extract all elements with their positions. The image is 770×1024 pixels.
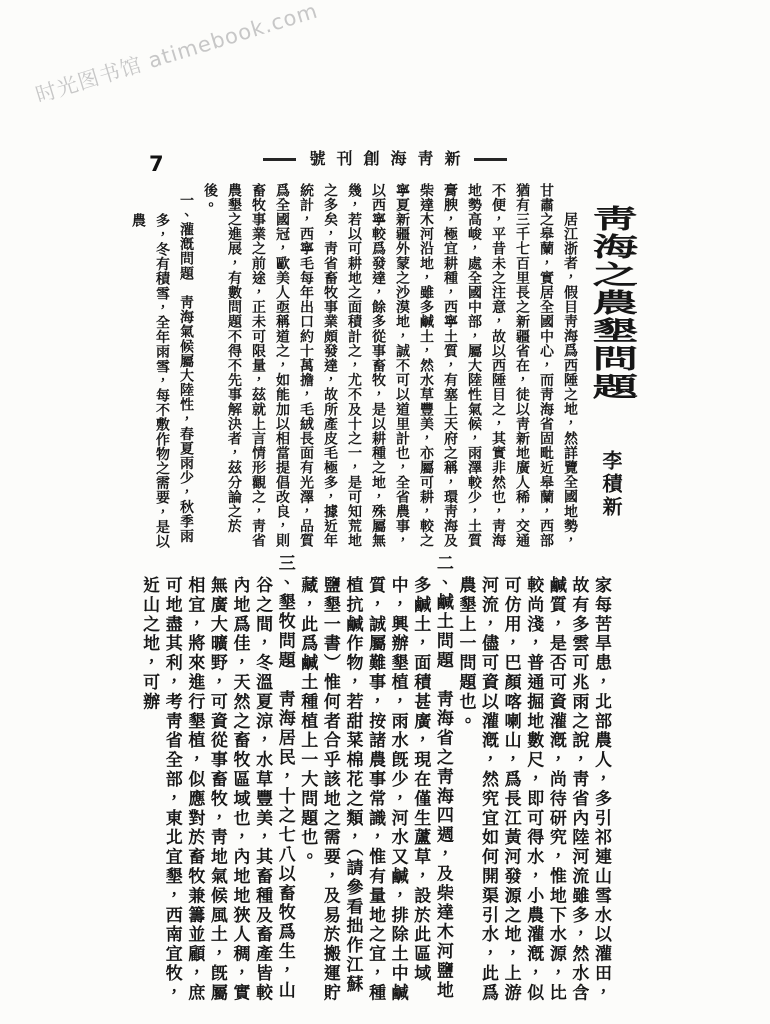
section-irrigation-start: 一、灌漑問題 靑海氣候屬大陸性，春夏雨少，秋季雨多，冬有積雪，全年雨雪，每不敷作… [126,183,198,549]
section-irrigation-continued: 家每苦旱患，北部農人，多引祁連山雪水以灌田，故有多雲可兆雨之說，靑省內陸河流雖多… [454,554,612,1012]
section-saline-soil: 二、鹹土問題 靑海省之靑海四週，及柴達木河鹽地多鹹土，面積甚廣，現在僅生蘆草，設… [296,554,454,1012]
article-author: 李積新 [599,450,623,519]
scanned-journal-page: { "watermark": { "text": "时光图书馆 atimeboo… [0,0,770,1024]
article-title: 靑海之農墾問題 [560,183,662,401]
library-watermark: 时光图书馆 atimebook.com [32,0,322,109]
masthead-rule-right [474,158,507,161]
title-column: 靑海之農墾問題 李積新 [582,183,640,549]
section-reclamation-grazing: 三、墾牧問題 靑海居民，十之七八以畜牧爲生，山谷之間，冬溫夏涼，水草豐美，其畜種… [138,554,296,1012]
intro-paragraph: 居江浙者，假目靑海爲西陲之地，然詳覽全國地勢，甘肅之皋蘭，實居全國中心，而靑海省… [198,183,582,549]
masthead-rule-left [263,158,296,161]
masthead: 新靑海創刊號 [0,151,770,167]
upper-text-block: 靑海之農墾問題 李積新 居江浙者，假目靑海爲西陲之地，然詳覽全國地勢，甘肅之皋蘭… [126,183,640,549]
masthead-title: 新靑海創刊號 [309,151,460,167]
lower-text-block: 家每苦旱患，北部農人，多引祁連山雪水以灌田，故有多雲可兆雨之說，靑省內陸河流雖多… [138,554,612,1012]
